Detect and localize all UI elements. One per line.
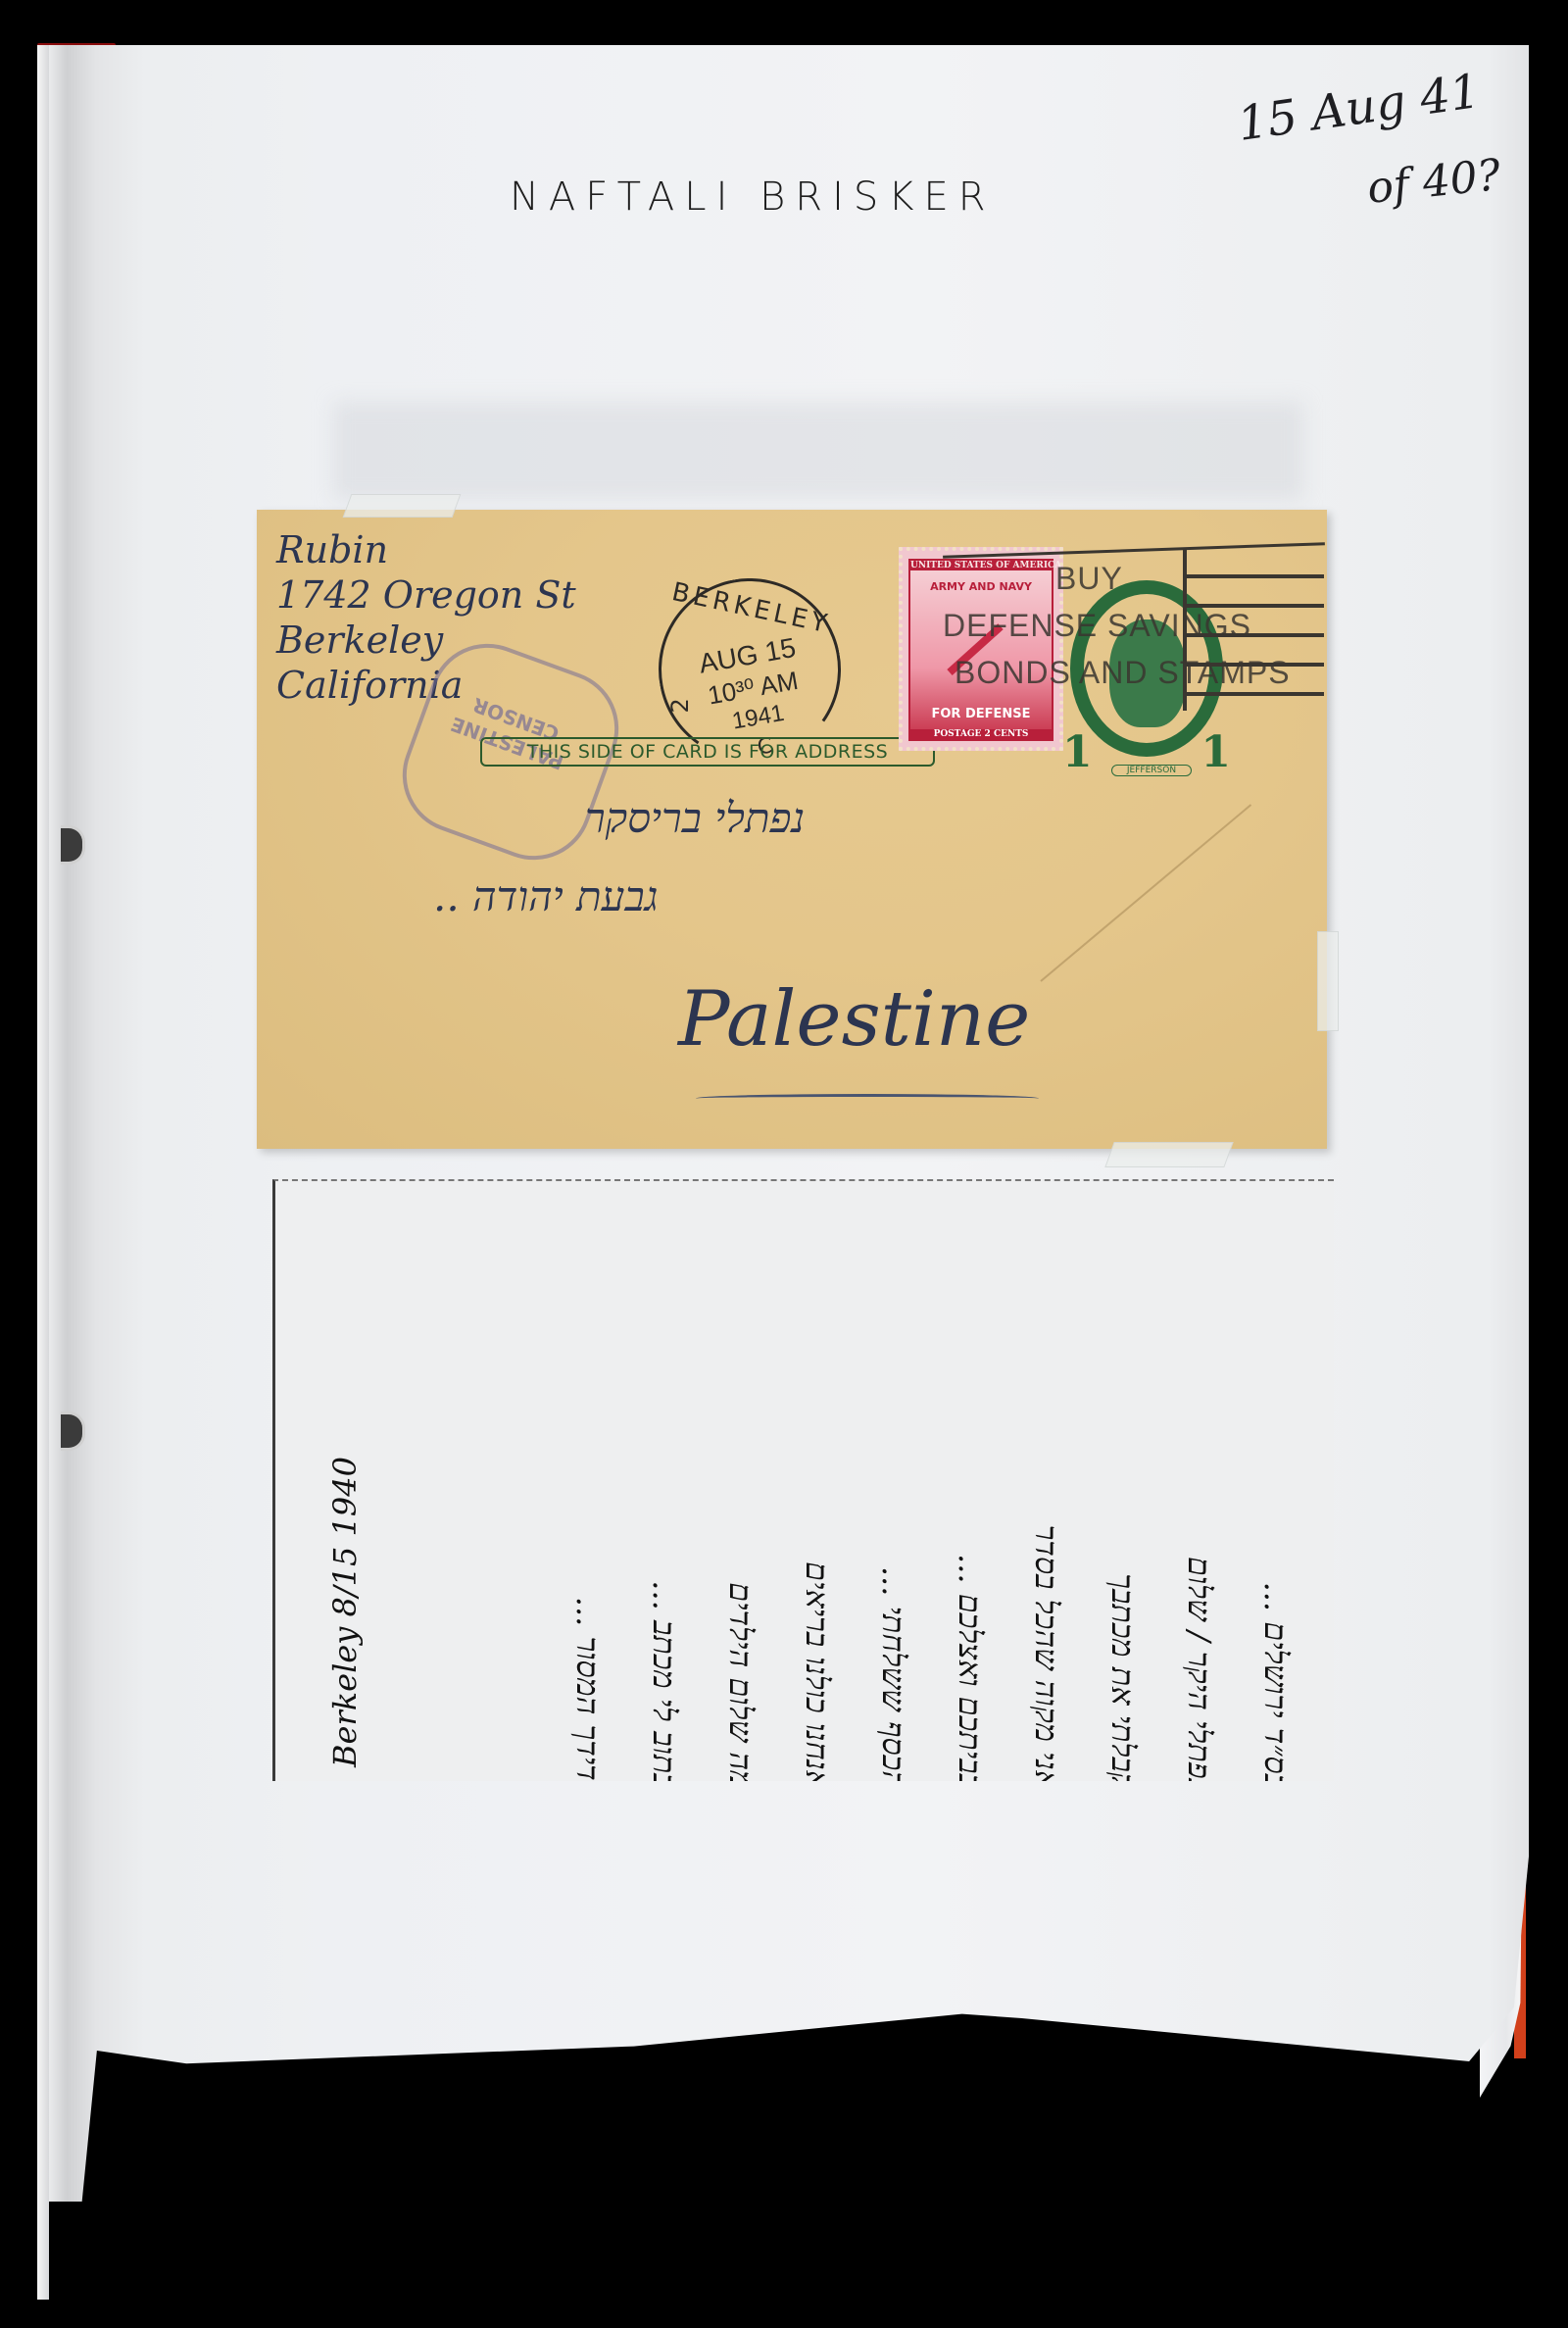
letter-line: נפתלי היקר / שלום	[1181, 1201, 1218, 1781]
hinge-tape	[1317, 931, 1339, 1031]
letter-line: מה שלום הילדים	[722, 1201, 759, 1781]
page-binding-edge	[37, 45, 49, 2300]
recipient-locality: גבעת יהודה ..	[433, 872, 659, 921]
letter-line: קבלתי את מכתבך	[1104, 1201, 1142, 1781]
card-crease	[1040, 804, 1251, 982]
letter-line: כתוב לי מכתב ...	[646, 1201, 683, 1781]
letter-line: אנחנו כולנו בריאים	[799, 1201, 836, 1781]
letter-line: אני מקוה שהכל בסדר	[1028, 1201, 1065, 1781]
letter-line: ידידך המסור ...	[569, 1201, 607, 1781]
cancel-slogan-3: BONDS AND STAMPS	[955, 655, 1291, 691]
letter-line: הכסף ששלחתי ...	[875, 1201, 912, 1781]
destination-underline	[696, 1094, 1039, 1103]
recipient-name: נפתלי בריסקר	[585, 794, 805, 843]
hinge-tape	[1104, 1142, 1233, 1167]
postmark-station: 2	[666, 698, 694, 713]
destination-country: Palestine	[678, 975, 1030, 1064]
hinge-tape	[343, 494, 462, 518]
mount-shadow	[333, 402, 1303, 500]
letter-line: בביתכם ואצלכם ...	[952, 1201, 989, 1781]
postcard-back-copy[interactable]: Berkeley 8/15 1940 בס״ד ירושלים ...נפתלי…	[272, 1179, 1334, 1781]
postcard-front[interactable]: Rubin 1742 Oregon St Berkeley California…	[257, 510, 1327, 1149]
cancel-slogan-1: BUY	[1055, 561, 1123, 597]
stamp-army-navy[interactable]: UNITED STATES OF AMERICA ARMY AND NAVY F…	[899, 547, 1063, 751]
address-side-label: THIS SIDE OF CARD IS FOR ADDRESS	[480, 737, 935, 767]
page-title: NAFTALI BRISKER	[510, 174, 996, 220]
letter-line: בס״ד ירושלים ...	[1257, 1201, 1295, 1781]
cancel-slogan-2: DEFENSE SAVINGS	[943, 608, 1251, 644]
letter-handwriting: בס״ד ירושלים ...נפתלי היקר / שלוםקבלתי א…	[275, 1181, 1334, 1781]
